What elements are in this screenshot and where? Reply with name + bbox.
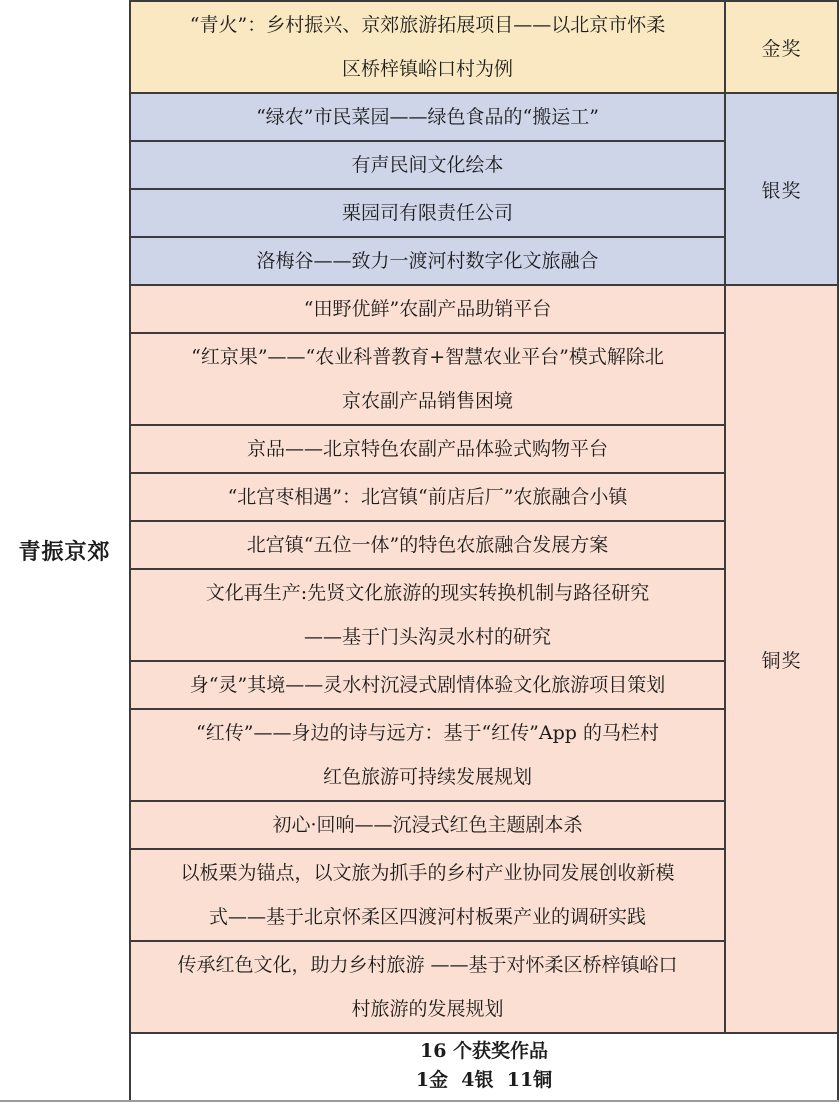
- project-title-cell: 初心·回响——沉浸式红色主题剧本杀: [130, 801, 725, 849]
- project-title-cell: 洛梅谷——致力一渡河村数字化文旅融合: [130, 237, 725, 285]
- title-line: “青火”：乡村振兴、京郊旅游拓展项目——以北京市怀柔: [145, 3, 710, 47]
- project-title-cell: 栗园司有限责任公司: [130, 189, 725, 237]
- title-line: “红传”——身边的诗与远方：基于“红传”App 的马栏村: [145, 711, 710, 755]
- title-line: 北宫镇“五位一体”的特色农旅融合发展方案: [145, 523, 710, 567]
- title-line: 有声民间文化绘本: [145, 143, 710, 187]
- awards-table: 青振京郊 “青火”：乡村振兴、京郊旅游拓展项目——以北京市怀柔 区桥梓镇峪口村为…: [0, 0, 839, 1102]
- title-line: 红色旅游可持续发展规划: [145, 755, 710, 799]
- title-line: 初心·回响——沉浸式红色主题剧本杀: [145, 803, 710, 847]
- title-line: 身“灵”其境——灵水村沉浸式剧情体验文化旅游项目策划: [145, 663, 710, 707]
- category-label: 青振京郊: [18, 540, 110, 565]
- title-line: 栗园司有限责任公司: [145, 191, 710, 235]
- project-title-cell: 有声民间文化绘本: [130, 141, 725, 189]
- page: 青振京郊 “青火”：乡村振兴、京郊旅游拓展项目——以北京市怀柔 区桥梓镇峪口村为…: [0, 0, 840, 1119]
- project-title-cell: 京品——北京特色农副产品体验式购物平台: [130, 425, 725, 473]
- footer-total: 16 个获奖作品: [131, 1037, 837, 1066]
- title-line: 京农副产品销售困境: [145, 379, 710, 423]
- title-line: “田野优鲜”农副产品助销平台: [145, 287, 710, 331]
- footer-breakdown: 1金 4银 11铜: [131, 1066, 837, 1095]
- project-title-cell: “北宫枣相遇”：北宫镇“前店后厂”农旅融合小镇: [130, 473, 725, 521]
- project-title-cell: “绿农”市民菜园——绿色食品的“搬运工”: [130, 93, 725, 141]
- silver-award-cell: 银奖: [725, 93, 838, 285]
- title-line: 京品——北京特色农副产品体验式购物平台: [145, 427, 710, 471]
- category-cell: 青振京郊: [0, 1, 130, 1101]
- title-line: 以板栗为锚点，以文旅为抓手的乡村产业协同发展创收新模: [145, 851, 710, 895]
- project-title-cell: 身“灵”其境——灵水村沉浸式剧情体验文化旅游项目策划: [130, 661, 725, 709]
- footer-summary-cell: 16 个获奖作品 1金 4银 11铜: [130, 1033, 838, 1101]
- table-row: 青振京郊 “青火”：乡村振兴、京郊旅游拓展项目——以北京市怀柔 区桥梓镇峪口村为…: [0, 1, 838, 93]
- title-line: “红京果”——“农业科普教育+智慧农业平台”模式解除北: [145, 335, 710, 379]
- project-title-cell: 北宫镇“五位一体”的特色农旅融合发展方案: [130, 521, 725, 569]
- title-line: ——基于门头沟灵水村的研究: [145, 615, 710, 659]
- project-title-cell: 以板栗为锚点，以文旅为抓手的乡村产业协同发展创收新模 式——基于北京怀柔区四渡河…: [130, 849, 725, 941]
- bronze-award-cell: 铜奖: [725, 285, 838, 1033]
- title-line: 式——基于北京怀柔区四渡河村板栗产业的调研实践: [145, 895, 710, 939]
- project-title-cell: “田野优鲜”农副产品助销平台: [130, 285, 725, 333]
- project-title-cell: “红传”——身边的诗与远方：基于“红传”App 的马栏村 红色旅游可持续发展规划: [130, 709, 725, 801]
- title-line: 村旅游的发展规划: [145, 987, 710, 1031]
- project-title-cell: “红京果”——“农业科普教育+智慧农业平台”模式解除北 京农副产品销售困境: [130, 333, 725, 425]
- title-line: “北宫枣相遇”：北宫镇“前店后厂”农旅融合小镇: [145, 475, 710, 519]
- project-title-cell: “青火”：乡村振兴、京郊旅游拓展项目——以北京市怀柔 区桥梓镇峪口村为例: [130, 1, 725, 93]
- title-line: 区桥梓镇峪口村为例: [145, 47, 710, 91]
- title-line: “绿农”市民菜园——绿色食品的“搬运工”: [145, 95, 710, 139]
- title-line: 文化再生产:先贤文化旅游的现实转换机制与路径研究: [145, 571, 710, 615]
- project-title-cell: 文化再生产:先贤文化旅游的现实转换机制与路径研究 ——基于门头沟灵水村的研究: [130, 569, 725, 661]
- project-title-cell: 传承红色文化，助力乡村旅游 ——基于对怀柔区桥梓镇峪口 村旅游的发展规划: [130, 941, 725, 1033]
- title-line: 洛梅谷——致力一渡河村数字化文旅融合: [145, 239, 710, 283]
- title-line: 传承红色文化，助力乡村旅游 ——基于对怀柔区桥梓镇峪口: [145, 943, 710, 987]
- gold-award-cell: 金奖: [725, 1, 838, 93]
